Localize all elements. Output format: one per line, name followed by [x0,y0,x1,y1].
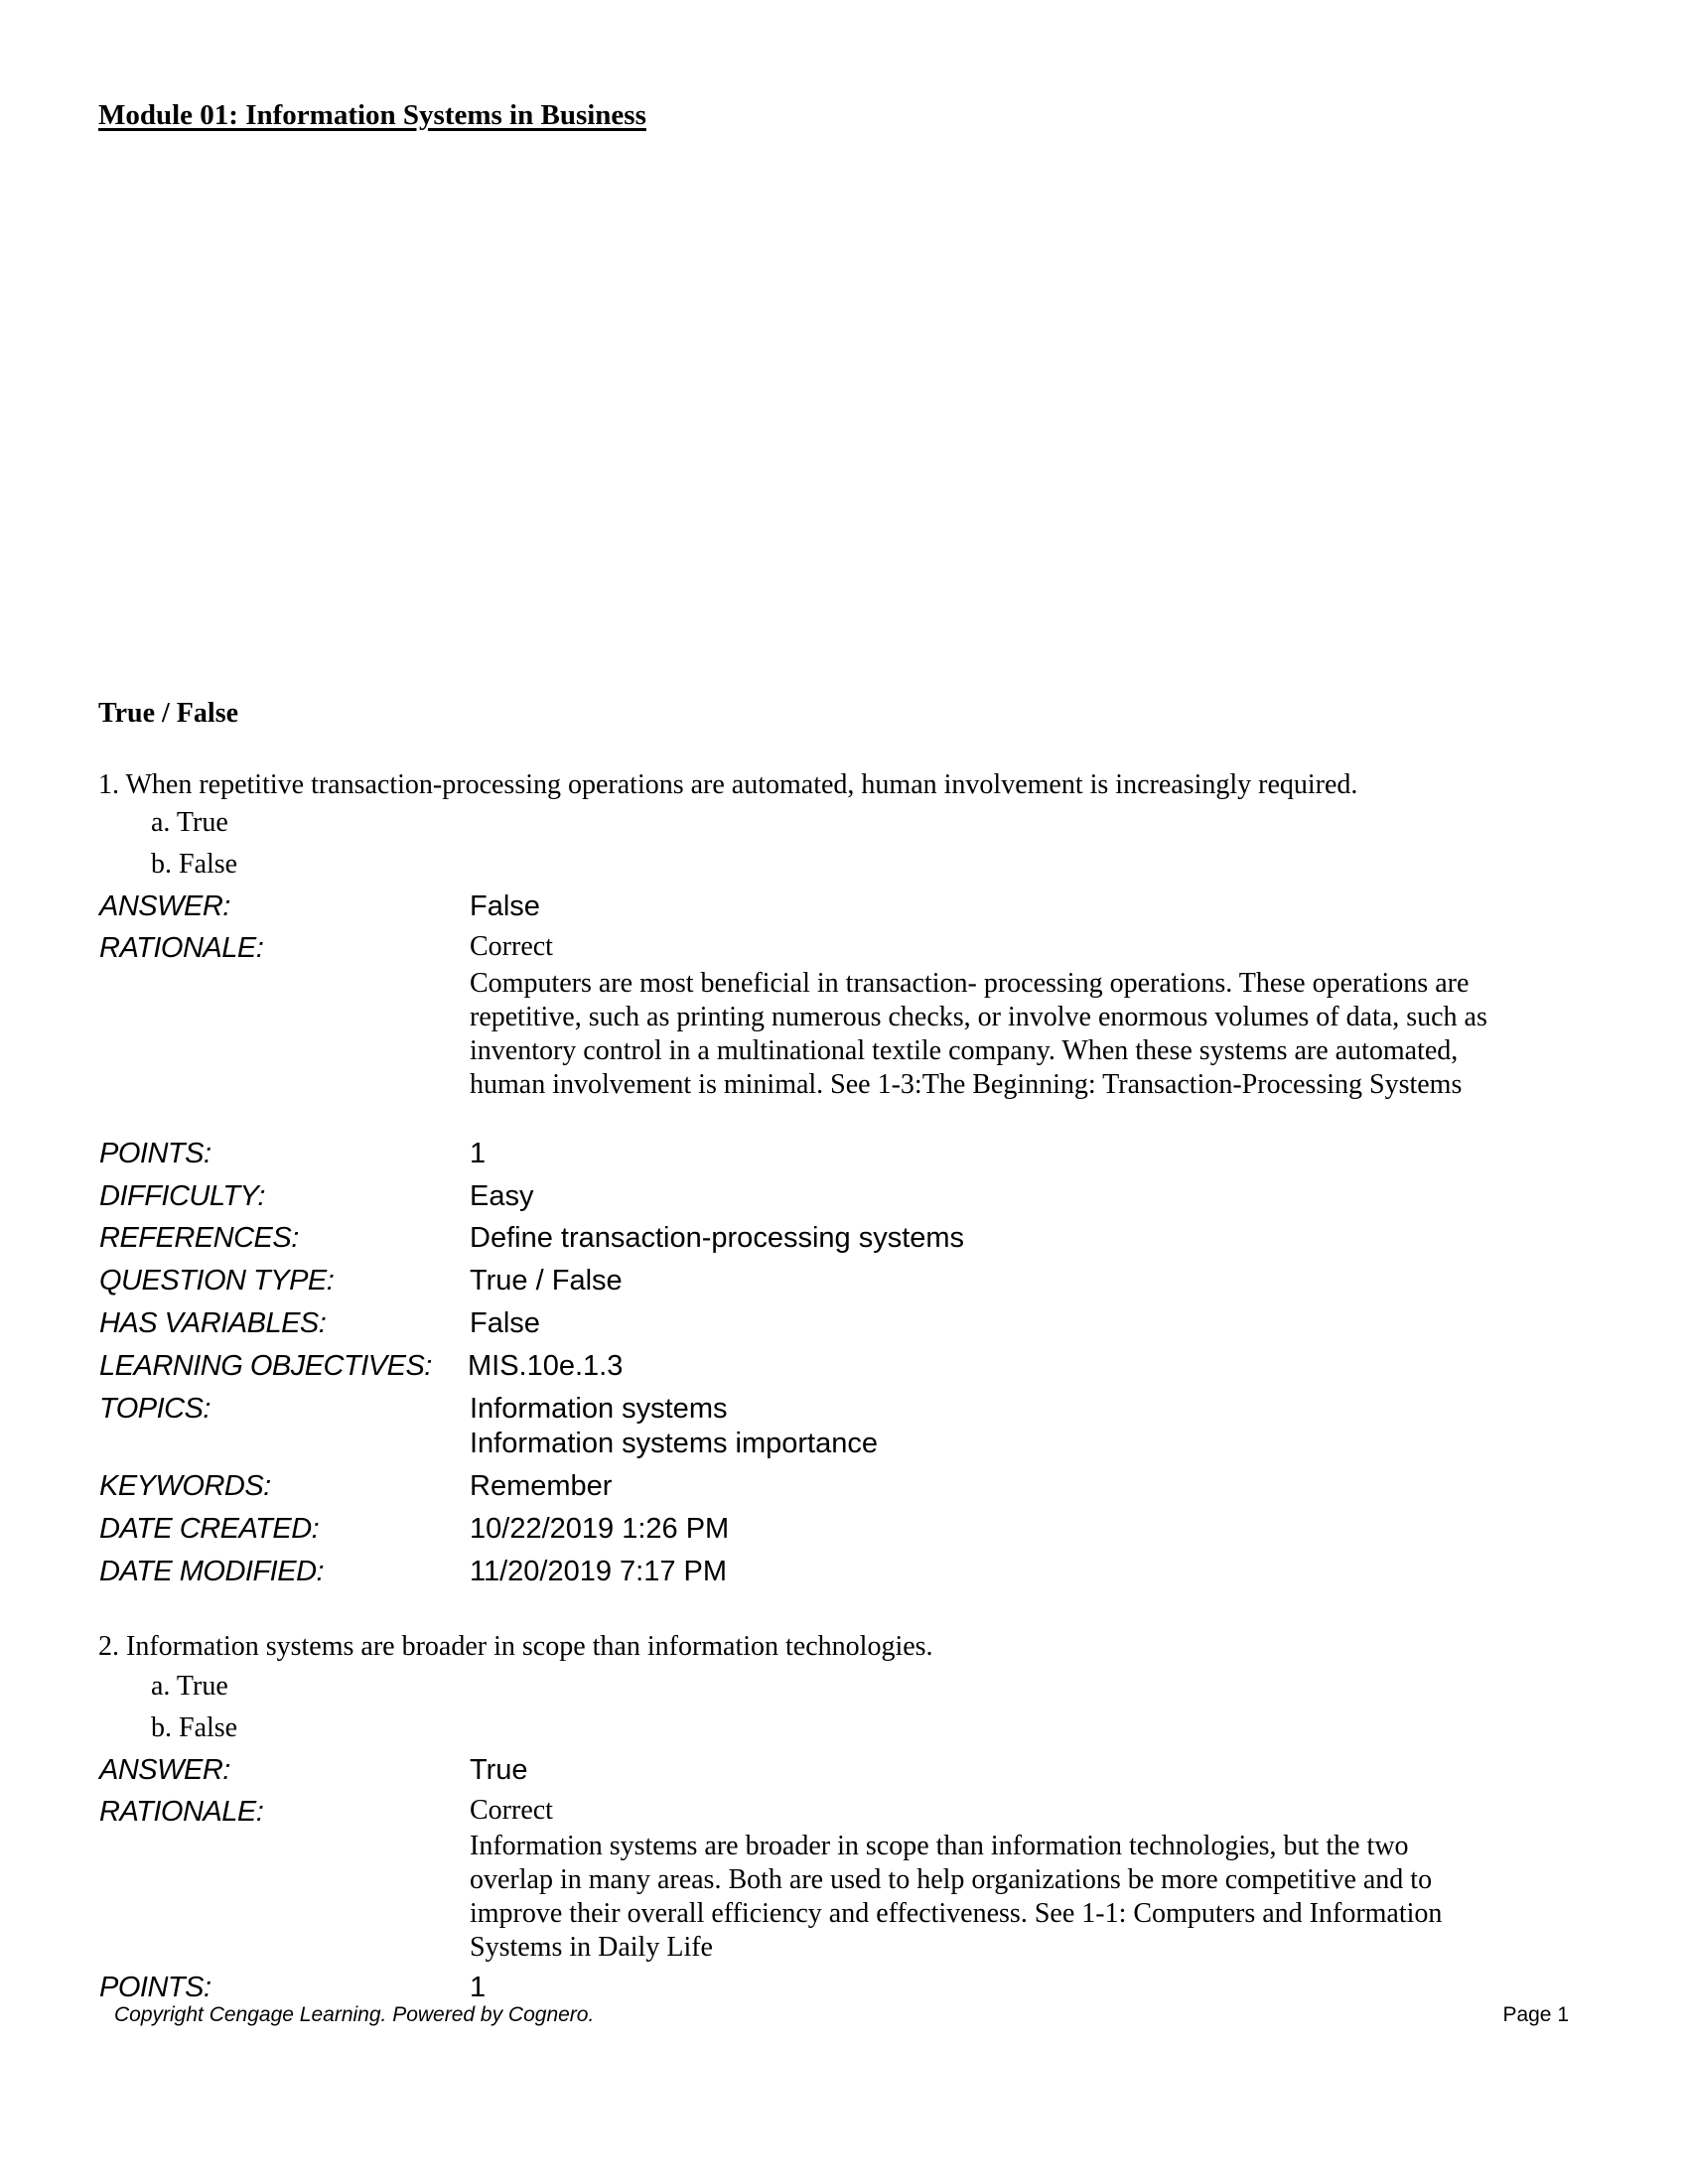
rationale-label: RATIONALE: [99,1796,263,1829]
question-type-value: True / False [470,1265,623,1297]
references-label: REFERENCES: [99,1222,299,1255]
topics-label: TOPICS: [99,1393,211,1426]
date-modified-label: DATE MODIFIED: [99,1556,324,1588]
points-label: POINTS: [99,1138,211,1170]
footer-copyright: Copyright Cengage Learning. Powered by C… [114,2003,594,2027]
difficulty-label: DIFFICULTY: [99,1180,265,1213]
rationale-label: RATIONALE: [99,932,263,965]
learning-objectives-label: LEARNING OBJECTIVES: [99,1350,432,1383]
rationale-line: repetitive, such as printing numerous ch… [470,1001,1487,1034]
rationale-line: human involvement is minimal. See 1-3:Th… [470,1068,1462,1102]
rationale-head: Correct [470,930,553,964]
rationale-line: inventory control in a multinational tex… [470,1034,1458,1068]
section-heading: True / False [98,698,238,730]
rationale-line: overlap in many areas. Both are used to … [470,1863,1432,1897]
references-value: Define transaction-processing systems [470,1222,964,1255]
points-value: 1 [470,1138,486,1170]
rationale-line: Computers are most beneficial in transac… [470,967,1469,1001]
page-number: Page 1 [1502,2003,1569,2027]
difficulty-value: Easy [470,1180,533,1213]
date-created-label: DATE CREATED: [99,1513,319,1546]
has-variables-label: HAS VARIABLES: [99,1307,326,1340]
rationale-line: Information systems are broader in scope… [470,1830,1409,1863]
points-label: POINTS: [99,1972,211,2004]
question-type-label: QUESTION TYPE: [99,1265,334,1297]
option-b: b. False [151,1712,237,1744]
answer-value: True [470,1754,528,1787]
rationale-line: Systems in Daily Life [470,1931,713,1965]
option-b: b. False [151,849,237,881]
question-text: 2. Information systems are broader in sc… [98,1631,933,1663]
keywords-value: Remember [470,1470,612,1503]
question-text: 1. When repetitive transaction-processin… [98,769,1357,801]
points-value: 1 [470,1972,486,2004]
learning-objectives-value: MIS.10e.1.3 [468,1350,623,1383]
answer-label: ANSWER: [99,1754,230,1787]
answer-label: ANSWER: [99,890,230,923]
rationale-head: Correct [470,1794,553,1828]
date-modified-value: 11/20/2019 7:17 PM [470,1556,727,1588]
answer-value: False [470,890,540,923]
topic-item: Information systems importance [470,1428,878,1460]
keywords-label: KEYWORDS: [99,1470,271,1503]
topic-item: Information systems [470,1393,727,1426]
option-a: a. True [151,1671,228,1703]
date-created-value: 10/22/2019 1:26 PM [470,1513,729,1546]
rationale-line: improve their overall efficiency and eff… [470,1897,1442,1931]
has-variables-value: False [470,1307,540,1340]
module-title: Module 01: Information Systems in Busine… [98,99,646,132]
option-a: a. True [151,807,228,839]
